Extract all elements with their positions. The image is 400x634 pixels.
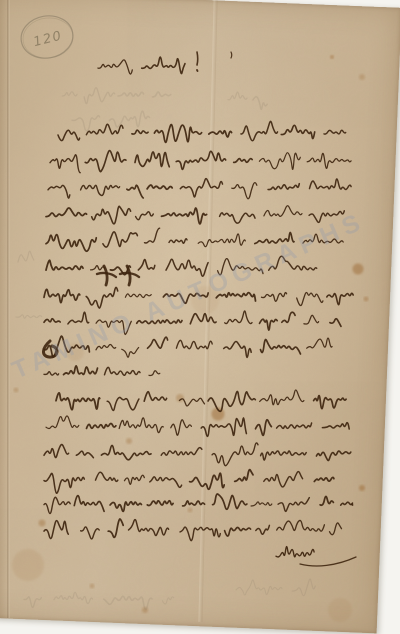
letter-photo: 120 TAMINO AUTOGRAPHS — [0, 0, 400, 634]
